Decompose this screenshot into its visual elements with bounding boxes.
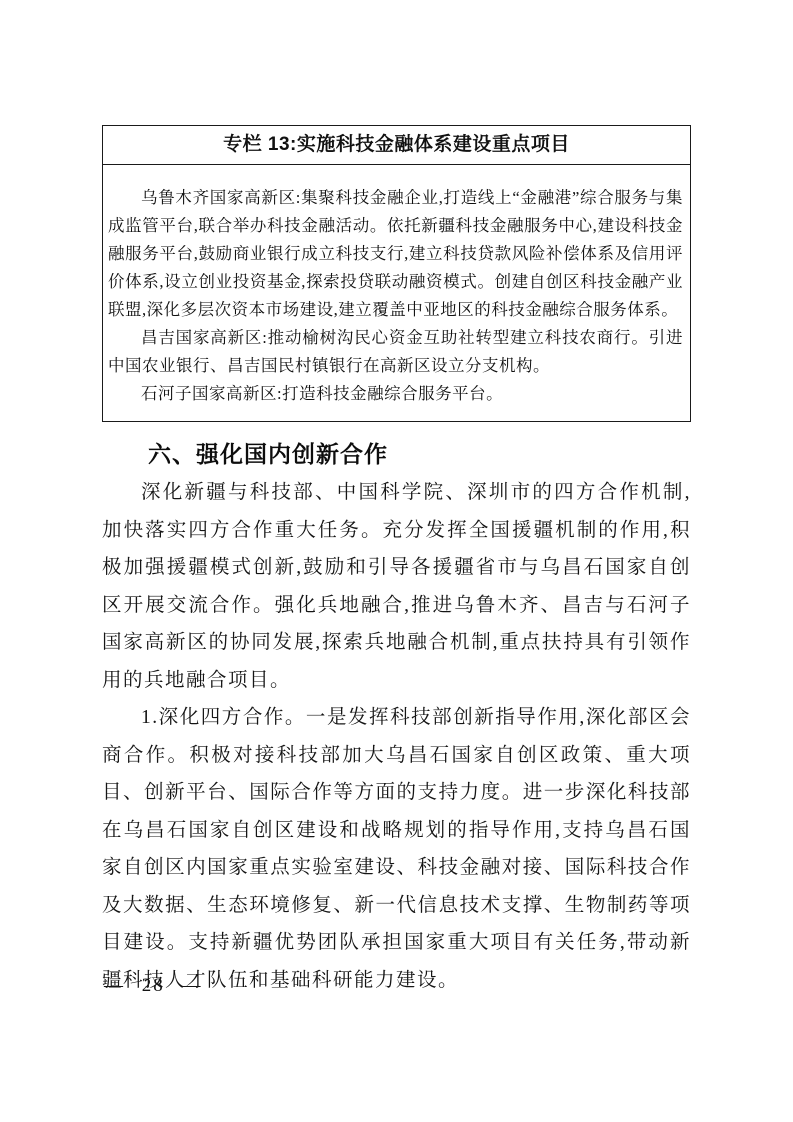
callout-box: 专栏 13:实施科技金融体系建设重点项目 乌鲁木齐国家高新区:集聚科技金融企业,…	[102, 125, 691, 422]
body-paragraph-four-party: 1.深化四方合作。一是发挥科技部创新指导作用,深化部区会商合作。积极对接科技部加…	[102, 699, 691, 999]
section-body: 深化新疆与科技部、中国科学院、深圳市的四方合作机制,加快落实四方合作重大任务。充…	[102, 474, 691, 999]
callout-box-body: 乌鲁木齐国家高新区:集聚科技金融企业,打造线上“金融港”综合服务与集成监管平台,…	[103, 165, 690, 421]
text-column: 专栏 13:实施科技金融体系建设重点项目 乌鲁木齐国家高新区:集聚科技金融企业,…	[102, 125, 691, 999]
body-paragraph-cooperation: 深化新疆与科技部、中国科学院、深圳市的四方合作机制,加快落实四方合作重大任务。充…	[102, 474, 691, 699]
callout-paragraph-urumqi: 乌鲁木齐国家高新区:集聚科技金融企业,打造线上“金融港”综合服务与集成监管平台,…	[108, 184, 683, 324]
section-heading: 六、强化国内创新合作	[102, 439, 691, 470]
callout-box-title: 专栏 13:实施科技金融体系建设重点项目	[103, 126, 690, 165]
document-page: 专栏 13:实施科技金融体系建设重点项目 乌鲁木齐国家高新区:集聚科技金融企业,…	[0, 0, 793, 1122]
page-number: — 28 —	[104, 975, 203, 997]
callout-paragraph-changji: 昌吉国家高新区:推动榆树沟民心资金互助社转型建立科技农商行。引进中国农业银行、昌…	[108, 324, 683, 380]
callout-paragraph-shihezi: 石河子国家高新区:打造科技金融综合服务平台。	[108, 380, 683, 408]
